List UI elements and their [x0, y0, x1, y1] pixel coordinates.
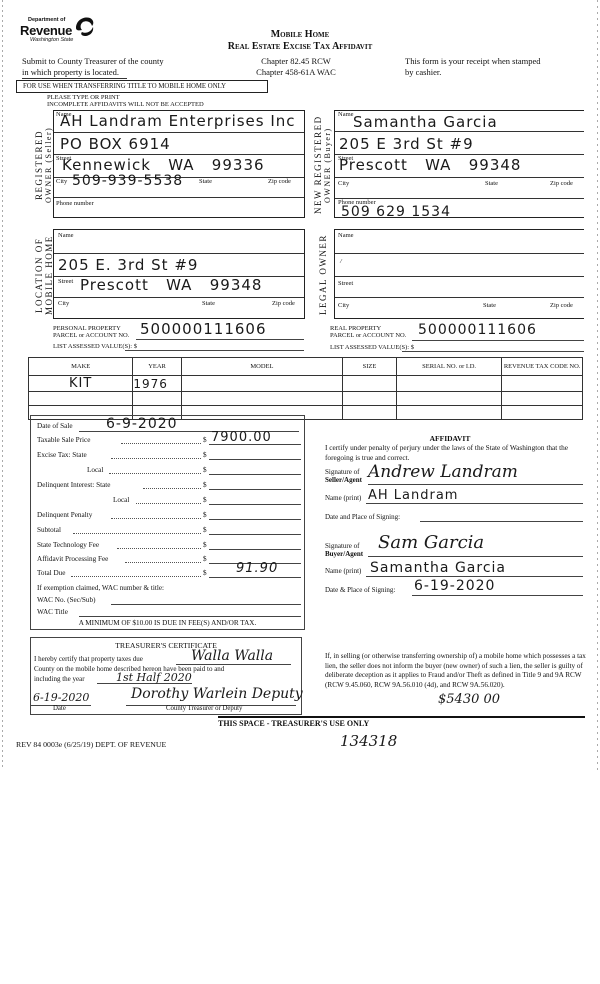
seller-signature-field[interactable]: Andrew Landram — [368, 462, 518, 482]
sale-tax-block: Date of Sale 6-9-2020 Taxable Sale Price… — [30, 415, 305, 630]
taxable-price-label: Taxable Sale Price — [37, 436, 90, 444]
buyer-name-print-label: Name (print) — [325, 567, 361, 575]
cell-size[interactable] — [343, 392, 397, 406]
location-block: Name 205 E. 3rd St #9 Street Prescott WA… — [53, 229, 305, 319]
location-city-state-zip-field[interactable]: Prescott WA 99348 — [80, 276, 262, 294]
subtotal-field[interactable] — [211, 521, 301, 533]
cell-serial[interactable] — [396, 376, 501, 392]
cell-tax-code[interactable] — [502, 406, 583, 420]
cell-year[interactable] — [133, 392, 181, 406]
cell-make[interactable]: KIT — [29, 376, 133, 392]
legal-owner-line2-field[interactable]: / — [340, 258, 342, 265]
submit-line1: Submit to County Treasurer of the county — [22, 56, 164, 66]
col-tax-code: REVENUE TAX CODE NO. — [502, 358, 583, 376]
wac-title-label: WAC Title — [37, 608, 68, 616]
personal-assessed-label: LIST ASSESSED VALUE(S): $ — [53, 343, 137, 350]
buyer-signature-label: Signature of Buyer/Agent — [325, 542, 363, 558]
chapter-line2: Chapter 458-61A WAC — [236, 67, 356, 77]
buyer-block: Name Samantha Garcia 205 E 3rd St #9 Str… — [334, 110, 584, 218]
table-header-row: MAKE YEAR MODEL SIZE SERIAL NO. or I.D. … — [29, 358, 583, 376]
location-zip-label: Zip code — [272, 300, 295, 307]
revenue-swirl-logo-icon — [72, 14, 96, 38]
location-city-label: City — [58, 300, 69, 307]
treasurer-line3: including the year — [34, 675, 85, 683]
buyer-date-place-label: Date & Place of Signing: — [325, 586, 395, 594]
buyer-section-label: NEW REGISTEREDOWNER (Buyer) — [313, 110, 333, 220]
treasurer-certificate-block: TREASURER'S CERTIFICATE I hereby certify… — [30, 637, 302, 715]
personal-parcel-field[interactable]: 500000111606 — [140, 320, 267, 338]
buyer-city-label: City — [338, 180, 349, 187]
seller-name-field[interactable]: AH Landram Enterprises Inc — [60, 112, 296, 130]
real-assessed-label: LIST ASSESSED VALUE(S): $ — [330, 344, 414, 351]
location-name-label: Name — [58, 232, 74, 239]
delinquent-interest-state-label: Delinquent Interest: State — [37, 481, 110, 489]
table-row: KIT 1976 — [29, 376, 583, 392]
seller-city-label: City — [56, 178, 67, 185]
seller-section-label: REGISTEREDOWNER (Seller) — [34, 110, 54, 220]
receipt-line2: by cashier. — [405, 67, 441, 77]
delinquent-interest-state-field[interactable] — [211, 476, 301, 488]
buyer-name-label: Name — [338, 111, 354, 118]
excise-state-label: Excise Tax: State — [37, 451, 87, 459]
personal-assessed-field[interactable] — [125, 350, 304, 351]
legal-owner-name-label: Name — [338, 232, 354, 239]
treasurer-use-divider — [218, 716, 585, 718]
legal-owner-block: Name / Street City State Zip code — [334, 229, 584, 319]
buyer-phone-field[interactable]: 509 629 1534 — [341, 204, 451, 220]
notice-incomplete: INCOMPLETE AFFIDAVITS WILL NOT BE ACCEPT… — [47, 101, 204, 108]
seller-state-label: State — [199, 178, 212, 185]
treasurer-sig-label: County Treasurer or Deputy — [166, 705, 242, 712]
title-line1: Mobile Home — [200, 29, 400, 40]
seller-city-state-zip-field[interactable]: Kennewick WA 99336 — [62, 156, 265, 174]
legal-owner-zip-label: Zip code — [550, 302, 573, 309]
seller-date-place-label: Date and Place of Signing: — [325, 513, 400, 521]
col-model: MODEL — [181, 358, 342, 376]
submit-line2: in which property is located. — [22, 67, 119, 77]
cell-size[interactable] — [343, 406, 397, 420]
date-of-sale-label: Date of Sale — [37, 422, 73, 430]
mobile-home-table: MAKE YEAR MODEL SIZE SERIAL NO. or I.D. … — [28, 357, 583, 420]
treasurer-receipt-number: 134318 — [340, 732, 397, 750]
cell-model[interactable] — [181, 392, 342, 406]
location-section-label: LOCATION OFMOBILE HOME — [34, 229, 54, 321]
delinquent-interest-local-label: Local — [113, 496, 129, 504]
taxable-price-field[interactable]: 7900.00 — [211, 430, 272, 445]
notice-box: FOR USE WHEN TRANSFERRING TITLE TO MOBIL… — [16, 80, 268, 93]
cell-tax-code[interactable] — [502, 392, 583, 406]
delinquent-interest-local-field[interactable] — [211, 491, 301, 503]
cell-year[interactable]: 1976 — [133, 376, 181, 392]
excise-local-label: Local — [87, 466, 103, 474]
form-id: REV 84 0003e (6/25/19) DEPT. OF REVENUE — [16, 740, 166, 749]
location-street-label: Street — [58, 278, 73, 285]
legal-owner-section-label: LEGAL OWNER — [318, 229, 328, 321]
date-of-sale-field[interactable]: 6-9-2020 — [106, 416, 178, 432]
treasurer-date-field[interactable]: 6-19-2020 — [33, 691, 89, 704]
wac-no-field[interactable] — [111, 604, 301, 605]
seller-name-print-label: Name (print) — [325, 494, 361, 502]
receipt-line1: This form is your receipt when stamped — [405, 56, 541, 66]
title-line2: Real Estate Excise Tax Affidavit — [150, 41, 450, 52]
buyer-name-field[interactable]: Samantha Garcia — [353, 113, 498, 131]
col-size: SIZE — [343, 358, 397, 376]
legal-owner-city-label: City — [338, 302, 349, 309]
excise-local-field[interactable] — [211, 461, 301, 473]
treasurer-use-label: THIS SPACE - TREASURER'S USE ONLY — [218, 719, 369, 728]
underline — [22, 78, 127, 79]
wac-title-field[interactable] — [79, 616, 301, 617]
buyer-signature-field[interactable]: Sam Garcia — [378, 532, 484, 553]
state-technology-fee-field[interactable] — [211, 536, 301, 548]
affidavit-processing-fee-label: Affidavit Processing Fee — [37, 555, 108, 563]
scan-edge-right — [597, 0, 598, 770]
dor-logo: Department of Revenue Washington State — [20, 12, 100, 48]
tax-lien-notice: If, in selling (or otherwise transferrin… — [325, 652, 587, 690]
buyer-date-place-field[interactable]: 6-19-2020 — [414, 578, 495, 594]
logo-line3: Washington State — [30, 37, 73, 43]
treasurer-signature-field[interactable]: Dorothy Warlein Deputy — [131, 686, 303, 702]
location-street-field[interactable]: 205 E. 3rd St #9 — [58, 256, 198, 274]
cell-size[interactable] — [343, 376, 397, 392]
personal-parcel-label: PERSONAL PROPERTY PARCEL or ACCOUNT NO. — [53, 325, 129, 339]
buyer-name-print-field[interactable]: Samantha Garcia — [370, 560, 506, 576]
affidavit-title: AFFIDAVIT — [315, 434, 585, 443]
col-serial: SERIAL NO. or I.D. — [396, 358, 501, 376]
state-technology-fee-label: State Technology Fee — [37, 541, 99, 549]
cell-serial[interactable] — [396, 392, 501, 406]
legal-owner-street-label: Street — [338, 280, 353, 287]
subtotal-label: Subtotal — [37, 526, 61, 534]
treasurer-year-field[interactable]: 1st Half 2020 — [116, 671, 192, 684]
minimum-note: A MINIMUM OF $10.00 IS DUE IN FEE(S) AND… — [31, 619, 304, 627]
col-year: YEAR — [133, 358, 181, 376]
table-row — [29, 392, 583, 406]
exemption-label: If exemption claimed, WAC number & title… — [37, 584, 164, 592]
treasurer-date-label: Date — [53, 705, 66, 712]
location-state-label: State — [202, 300, 215, 307]
col-make: MAKE — [29, 358, 133, 376]
cell-model[interactable] — [181, 376, 342, 392]
delinquent-penalty-label: Delinquent Penalty — [37, 511, 92, 519]
logo-line2: Revenue — [20, 23, 72, 38]
buyer-zip-label: Zip code — [550, 180, 573, 187]
treasurer-amount-stamp: $5430 00 — [438, 692, 500, 707]
seller-block: Name AH Landram Enterprises Inc PO BOX 6… — [53, 110, 305, 218]
seller-address-field[interactable]: PO BOX 6914 — [60, 135, 171, 153]
seller-date-place-field[interactable] — [420, 521, 583, 522]
notice-type-print: PLEASE TYPE OR PRINT — [47, 94, 120, 101]
buyer-address-field[interactable]: 205 E 3rd St #9 — [339, 135, 474, 153]
scan-edge-left — [2, 0, 3, 770]
real-parcel-label: REAL PROPERTY PARCEL or ACCOUNT NO. — [330, 325, 406, 339]
total-due-field[interactable]: 91.90 — [236, 561, 278, 576]
buyer-state-label: State — [485, 180, 498, 187]
real-assessed-field[interactable] — [402, 351, 584, 352]
treasurer-line1: I hereby certify that property taxes due — [34, 655, 143, 663]
seller-signature-label: Signature of Seller/Agent — [325, 468, 362, 484]
cell-tax-code[interactable] — [502, 376, 583, 392]
seller-name-print-field[interactable]: AH Landram — [368, 488, 458, 503]
delinquent-penalty-field[interactable] — [211, 506, 301, 518]
real-parcel-field[interactable]: 500000111606 — [418, 322, 537, 338]
excise-state-field[interactable] — [211, 446, 301, 458]
seller-phone-label: Phone number — [56, 200, 94, 207]
total-due-label: Total Due — [37, 569, 65, 577]
affidavit-statement: I certify under penalty of perjury under… — [325, 443, 583, 462]
legal-owner-state-label: State — [483, 302, 496, 309]
seller-phone-field[interactable]: 509-939-5538 — [72, 173, 183, 189]
seller-zip-label: Zip code — [268, 178, 291, 185]
treasurer-county-field[interactable]: Walla Walla — [191, 648, 273, 664]
cell-serial[interactable] — [396, 406, 501, 420]
chapter-line1: Chapter 82.45 RCW — [236, 56, 356, 66]
wac-no-label: WAC No. (Sec/Sub) — [37, 596, 96, 604]
cell-make[interactable] — [29, 392, 133, 406]
buyer-city-state-zip-field[interactable]: Prescott WA 99348 — [339, 156, 521, 174]
